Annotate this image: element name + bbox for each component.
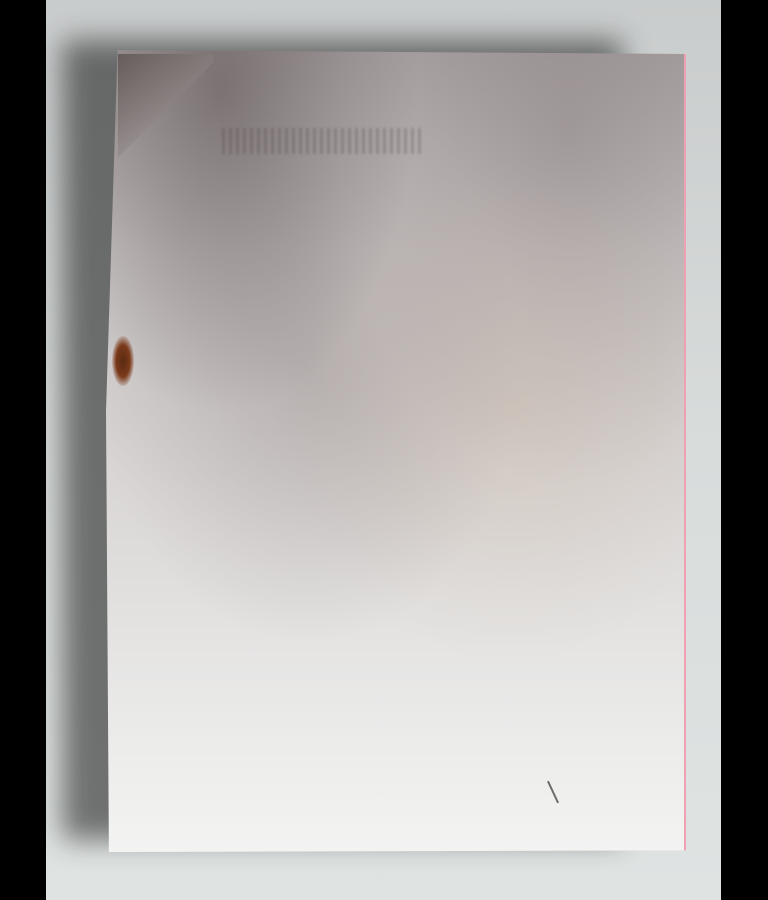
- paper-sheet: [106, 50, 686, 852]
- folded-corner: [118, 54, 213, 164]
- illegible-smudge: [222, 128, 422, 154]
- burn-mark: [112, 336, 134, 386]
